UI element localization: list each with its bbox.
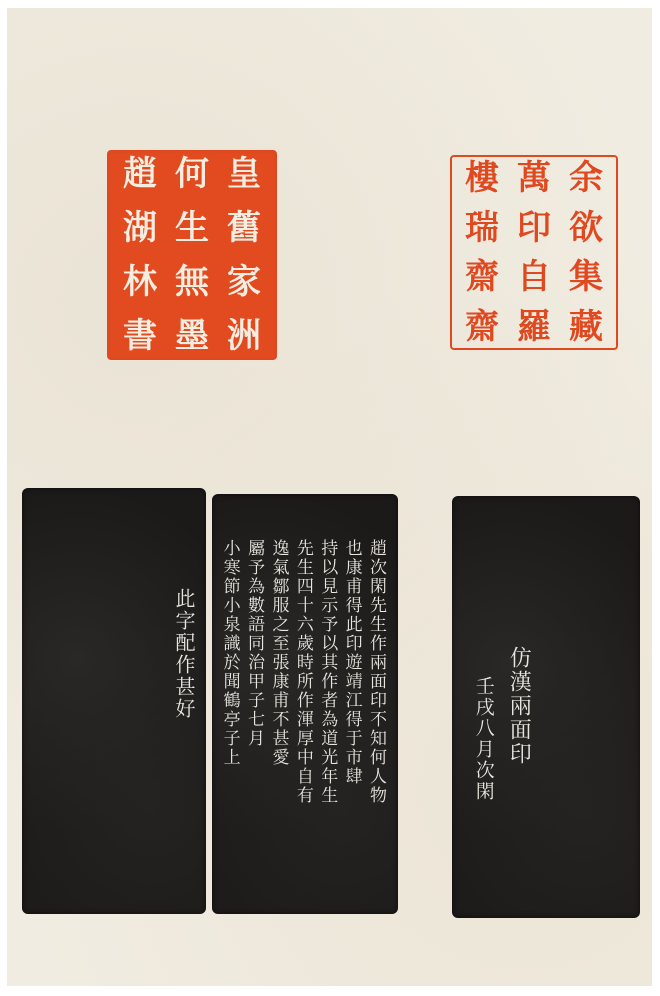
seal-character: 藏 [569,310,603,344]
inscription-column: 先生四十六歲時所作渾厚中自有 [292,539,312,805]
seal-character: 余 [569,161,603,195]
seal-column: 萬 印 自 羅 [517,161,551,344]
seal-impression-left: 皇 舊 家 洲 何 生 無 墨 趙 湖 林 書 [107,150,277,360]
seal-character: 生 [175,211,209,245]
inscription-column: 持以見示予以其作者為道光年生 [317,539,337,805]
seal-character: 羅 [517,310,551,344]
seal-column: 樓 瑞 齋 齋 [465,161,499,344]
seal-character: 無 [175,265,209,299]
inscription-column: 此字配作甚好 [172,588,196,720]
seal-character: 萬 [517,161,551,195]
seal-character: 湖 [123,211,157,245]
inscription-column: 屬予為數語同治甲子七月 [244,539,264,805]
rubbing-middle: 趙次閑先生作兩面印不知何人物 也康甫得此印遊靖江得于市肆 持以見示予以其作者為道… [212,494,398,914]
seal-character: 樓 [465,161,499,195]
seal-column: 何 生 無 墨 [175,157,209,353]
seal-impression-right: 余 欲 集 藏 萬 印 自 羅 樓 瑞 齋 齋 [450,155,618,350]
seal-character: 洲 [227,319,261,353]
seal-character: 瑞 [465,211,499,245]
seal-character: 書 [123,319,157,353]
seal-character: 何 [175,157,209,191]
inscription-column: 也康甫得此印遊靖江得于市肆 [341,539,361,805]
seal-character: 齋 [465,260,499,294]
seal-character: 墨 [175,319,209,353]
inscription-column: 仿漢兩面印 [505,646,531,802]
seal-column: 余 欲 集 藏 [569,161,603,344]
inscription-column: 趙次閑先生作兩面印不知何人物 [366,539,386,805]
seal-column: 趙 湖 林 書 [123,157,157,353]
rubbing-left: 此字配作甚好 [22,488,206,914]
seal-character: 林 [123,265,157,299]
seal-character: 舊 [227,211,261,245]
seal-character: 趙 [123,157,157,191]
inscription-column: 小寒節小泉識於聞鶴亭子上 [219,539,239,805]
rubbing-right: 仿漢兩面印 壬戌八月次閑 [452,496,640,918]
seal-character: 集 [569,260,603,294]
seal-column: 皇 舊 家 洲 [227,157,261,353]
inscription-column: 逸氣鄒服之至張康甫不甚愛 [268,539,288,805]
seal-character: 齋 [465,310,499,344]
seal-character: 欲 [569,211,603,245]
seal-character: 家 [227,265,261,299]
inscription-column: 壬戌八月次閑 [472,676,495,802]
seal-character: 自 [517,260,551,294]
seal-character: 皇 [227,157,261,191]
seal-character: 印 [517,211,551,245]
